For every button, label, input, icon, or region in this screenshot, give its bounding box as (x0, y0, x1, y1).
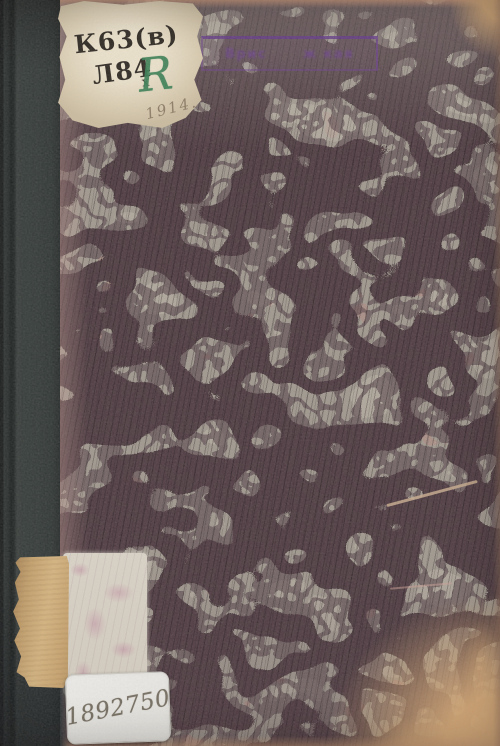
book-cover-photo: Врис ж кая К63(в) Л84 х R 1914. 1892750 (0, 0, 500, 746)
accession-number-label: 1892750 (65, 671, 171, 745)
accession-number: 1892750 (64, 685, 173, 731)
green-ink-initial: R (135, 45, 175, 102)
library-stamp-text: Врис ж кая (225, 46, 354, 62)
corner-wear-bottom-right (325, 591, 500, 746)
edge-wear-right (493, 0, 500, 746)
spine-repair-patch (12, 556, 69, 688)
library-stamp: Врис ж кая (201, 36, 378, 71)
